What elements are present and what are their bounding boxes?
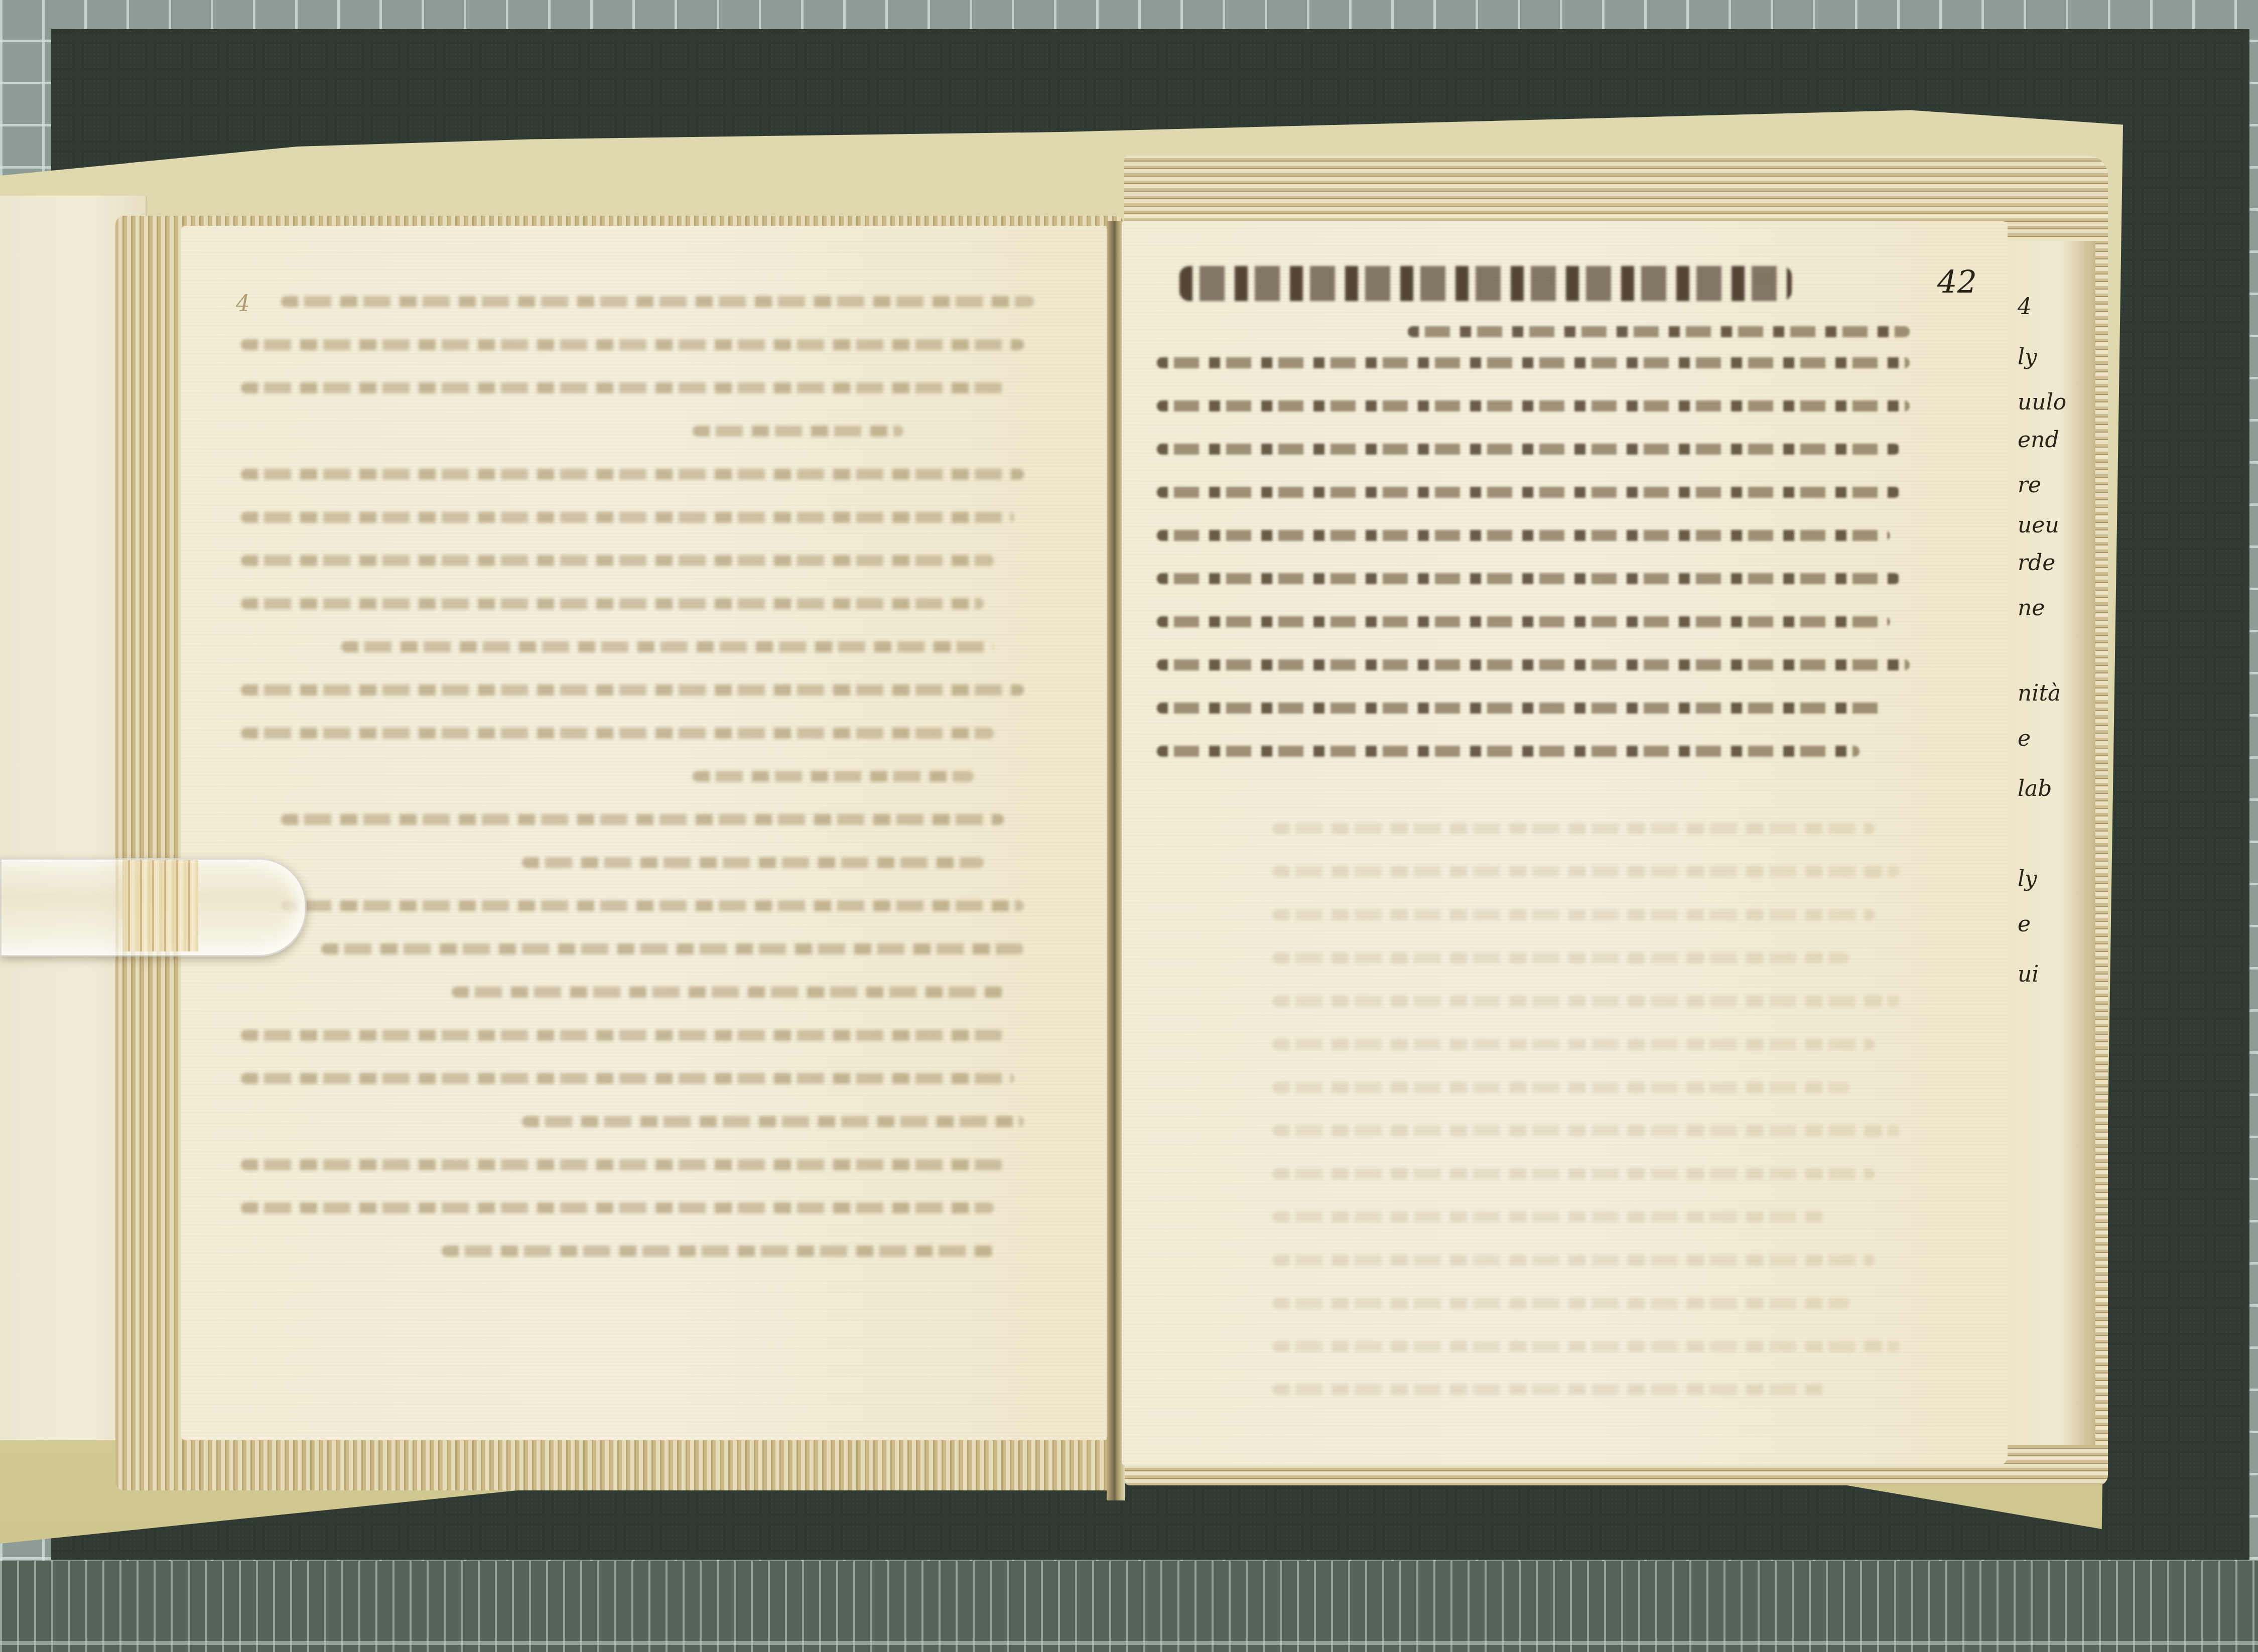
margin-fragment: ly (2018, 868, 2093, 913)
left-page-text (241, 296, 1044, 1289)
margin-fragment: ueu (2018, 514, 2093, 552)
right-page-faded-text (1272, 823, 1925, 1427)
right-page (1122, 221, 2008, 1465)
margin-fragment: e (2018, 728, 2093, 778)
margin-fragment: uulo (2018, 391, 2093, 429)
margin-fragment: end (2018, 429, 2093, 474)
right-page-heading-line (1179, 266, 1792, 301)
grid-mat-bottom (0, 1561, 2258, 1652)
right-margin-fragments: 4 ly uulo end re ueu rde ne nità e lab l… (2018, 296, 2093, 1009)
margin-fragment: lab (2018, 778, 2093, 868)
clipped-page-edges (123, 860, 198, 951)
margin-fragment: e (2018, 913, 2093, 963)
folio-number: 42 (1937, 263, 1977, 300)
margin-fragment: ne (2018, 597, 2093, 682)
margin-fragment: ui (2018, 963, 2093, 1009)
margin-fragment: re (2018, 474, 2093, 514)
right-page-text (1157, 326, 1910, 789)
margin-fragment: rde (2018, 552, 2093, 597)
left-page (181, 226, 1109, 1440)
margin-fragment: nità (2018, 682, 2093, 728)
margin-fragment: 4 (2018, 296, 2093, 346)
margin-fragment: ly (2018, 346, 2093, 391)
left-folio-mark: 4 (236, 291, 250, 317)
